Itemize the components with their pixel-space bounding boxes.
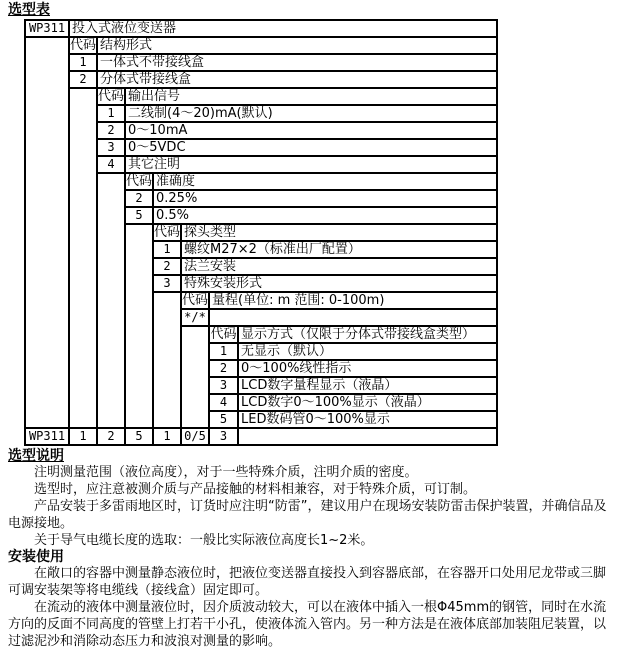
example-display-cell: 3 — [209, 428, 238, 445]
example-code-row: WP311 1 2 5 1 0/5 3 — [25, 428, 497, 445]
option-code-cell: 2 — [69, 71, 97, 88]
option-label-cell: 无显示（默认） — [238, 343, 497, 360]
section-title-cell: 结构形式 — [97, 37, 497, 54]
code-header-cell: 代码 — [125, 173, 153, 190]
option-code-cell: 2 — [153, 258, 181, 275]
option-label-cell: 0～5VDC — [125, 139, 497, 156]
option-label-cell: 其它注明 — [125, 156, 497, 173]
option-label-cell: 0～10mA — [125, 122, 497, 139]
option-label-cell: LCD数字0～100%显示（液晶） — [238, 394, 497, 411]
section-title-cell: 显示方式（仅限于分体式带接线盒类型） — [238, 326, 497, 343]
section-title-cell: 量程(单位: m 范围: 0-100m) — [209, 292, 497, 309]
example-probe-cell: 1 — [153, 428, 181, 445]
range-wildcard-cell: */* — [181, 309, 209, 326]
option-code-cell: 2 — [125, 190, 153, 207]
selection-notes-section: 选型说明 注明测量范围（液位高度），对于一些特殊介质，注明介质的密度。 选型时，… — [8, 448, 616, 549]
option-code-cell: 4 — [209, 394, 238, 411]
option-code-cell: 1 — [153, 241, 181, 258]
code-header-cell: 代码 — [209, 326, 238, 343]
spacer-cell — [153, 292, 181, 428]
option-code-cell: 2 — [97, 122, 125, 139]
table-row: WP311 投入式液位变送器 — [25, 20, 497, 37]
empty-cell — [209, 309, 497, 326]
table-row: 2 分体式带接线盒 — [25, 71, 497, 88]
code-header-cell: 代码 — [97, 88, 125, 105]
option-label-cell: 0.5% — [153, 207, 497, 224]
installation-section: 安装使用 在敞口的容器中测量静态液位时，把液位变送器直接投入到容器底部，在容器开… — [8, 549, 616, 650]
option-label-cell: 分体式带接线盒 — [97, 71, 497, 88]
example-structure-cell: 1 — [69, 428, 97, 445]
section-title-cell: 准确度 — [153, 173, 497, 190]
code-header-cell: 代码 — [69, 37, 97, 54]
example-model-cell: WP311 — [25, 428, 69, 445]
example-accuracy-cell: 5 — [125, 428, 153, 445]
option-label-cell: 特殊安装形式 — [181, 275, 497, 292]
spacer-cell — [181, 326, 209, 428]
empty-cell — [238, 428, 497, 445]
section-title-cell: 探头类型 — [181, 224, 497, 241]
table-row: 1 一体式不带接线盒 — [25, 54, 497, 71]
option-code-cell: 4 — [97, 156, 125, 173]
spacer-cell — [69, 88, 97, 428]
table-row: 代码 输出信号 — [25, 88, 497, 105]
installation-heading: 安装使用 — [8, 549, 616, 565]
table-row: 代码 结构形式 — [25, 37, 497, 54]
option-code-cell: 3 — [97, 139, 125, 156]
option-code-cell: 1 — [69, 54, 97, 71]
model-selection-table: WP311 投入式液位变送器 代码 结构形式 1 一体式不带接线盒 2 分体式带… — [24, 19, 498, 446]
example-output-cell: 2 — [97, 428, 125, 445]
option-code-cell: 3 — [153, 275, 181, 292]
option-label-cell: 0.25% — [153, 190, 497, 207]
option-code-cell: 3 — [209, 377, 238, 394]
option-label-cell: LCD数字量程显示（液晶） — [238, 377, 497, 394]
option-label-cell: 螺纹M27×2（标准出厂配置） — [181, 241, 497, 258]
option-label-cell: 法兰安装 — [181, 258, 497, 275]
spacer-cell — [25, 37, 69, 428]
note-paragraph: 产品安装于多雷雨地区时，订货时应注明“防雷”，建议用户在现场安装防雷击保护装置，… — [8, 498, 616, 532]
option-label-cell: LED数码管0～100%显示 — [238, 411, 497, 428]
note-paragraph: 关于导气电缆长度的选取：一般比实际液位高度长1~2米。 — [8, 532, 616, 549]
option-code-cell: 2 — [209, 360, 238, 377]
option-code-cell: 5 — [125, 207, 153, 224]
option-label-cell: 二线制(4～20)mA(默认) — [125, 105, 497, 122]
section-title-cell: 输出信号 — [125, 88, 497, 105]
note-paragraph: 选型时，应注意被测介质与产品接触的材料相兼容，对于特殊介质，可订制。 — [8, 481, 616, 498]
selection-notes-heading: 选型说明 — [8, 448, 616, 464]
code-header-cell: 代码 — [181, 292, 209, 309]
model-code-cell: WP311 — [25, 20, 69, 37]
selection-table-heading: 选型表 — [8, 2, 616, 18]
note-paragraph: 注明测量范围（液位高度），对于一些特殊介质，注明介质的密度。 — [8, 464, 616, 481]
option-label-cell: 一体式不带接线盒 — [97, 54, 497, 71]
option-code-cell: 1 — [97, 105, 125, 122]
code-header-cell: 代码 — [153, 224, 181, 241]
option-code-cell: 5 — [209, 411, 238, 428]
model-label-cell: 投入式液位变送器 — [69, 20, 497, 37]
option-label-cell: 0～100%线性指示 — [238, 360, 497, 377]
option-code-cell: 1 — [209, 343, 238, 360]
install-paragraph: 在流动的液体中测量液位时，因介质波动较大，可以在液体中插入一根Φ45mm的钢管，… — [8, 599, 616, 650]
spacer-cell — [97, 173, 125, 428]
example-range-cell: 0/5 — [181, 428, 209, 445]
install-paragraph: 在敞口的容器中测量静态液位时，把液位变送器直接投入到容器底部，在容器开口处用尼龙… — [8, 565, 616, 599]
spacer-cell — [125, 224, 153, 428]
